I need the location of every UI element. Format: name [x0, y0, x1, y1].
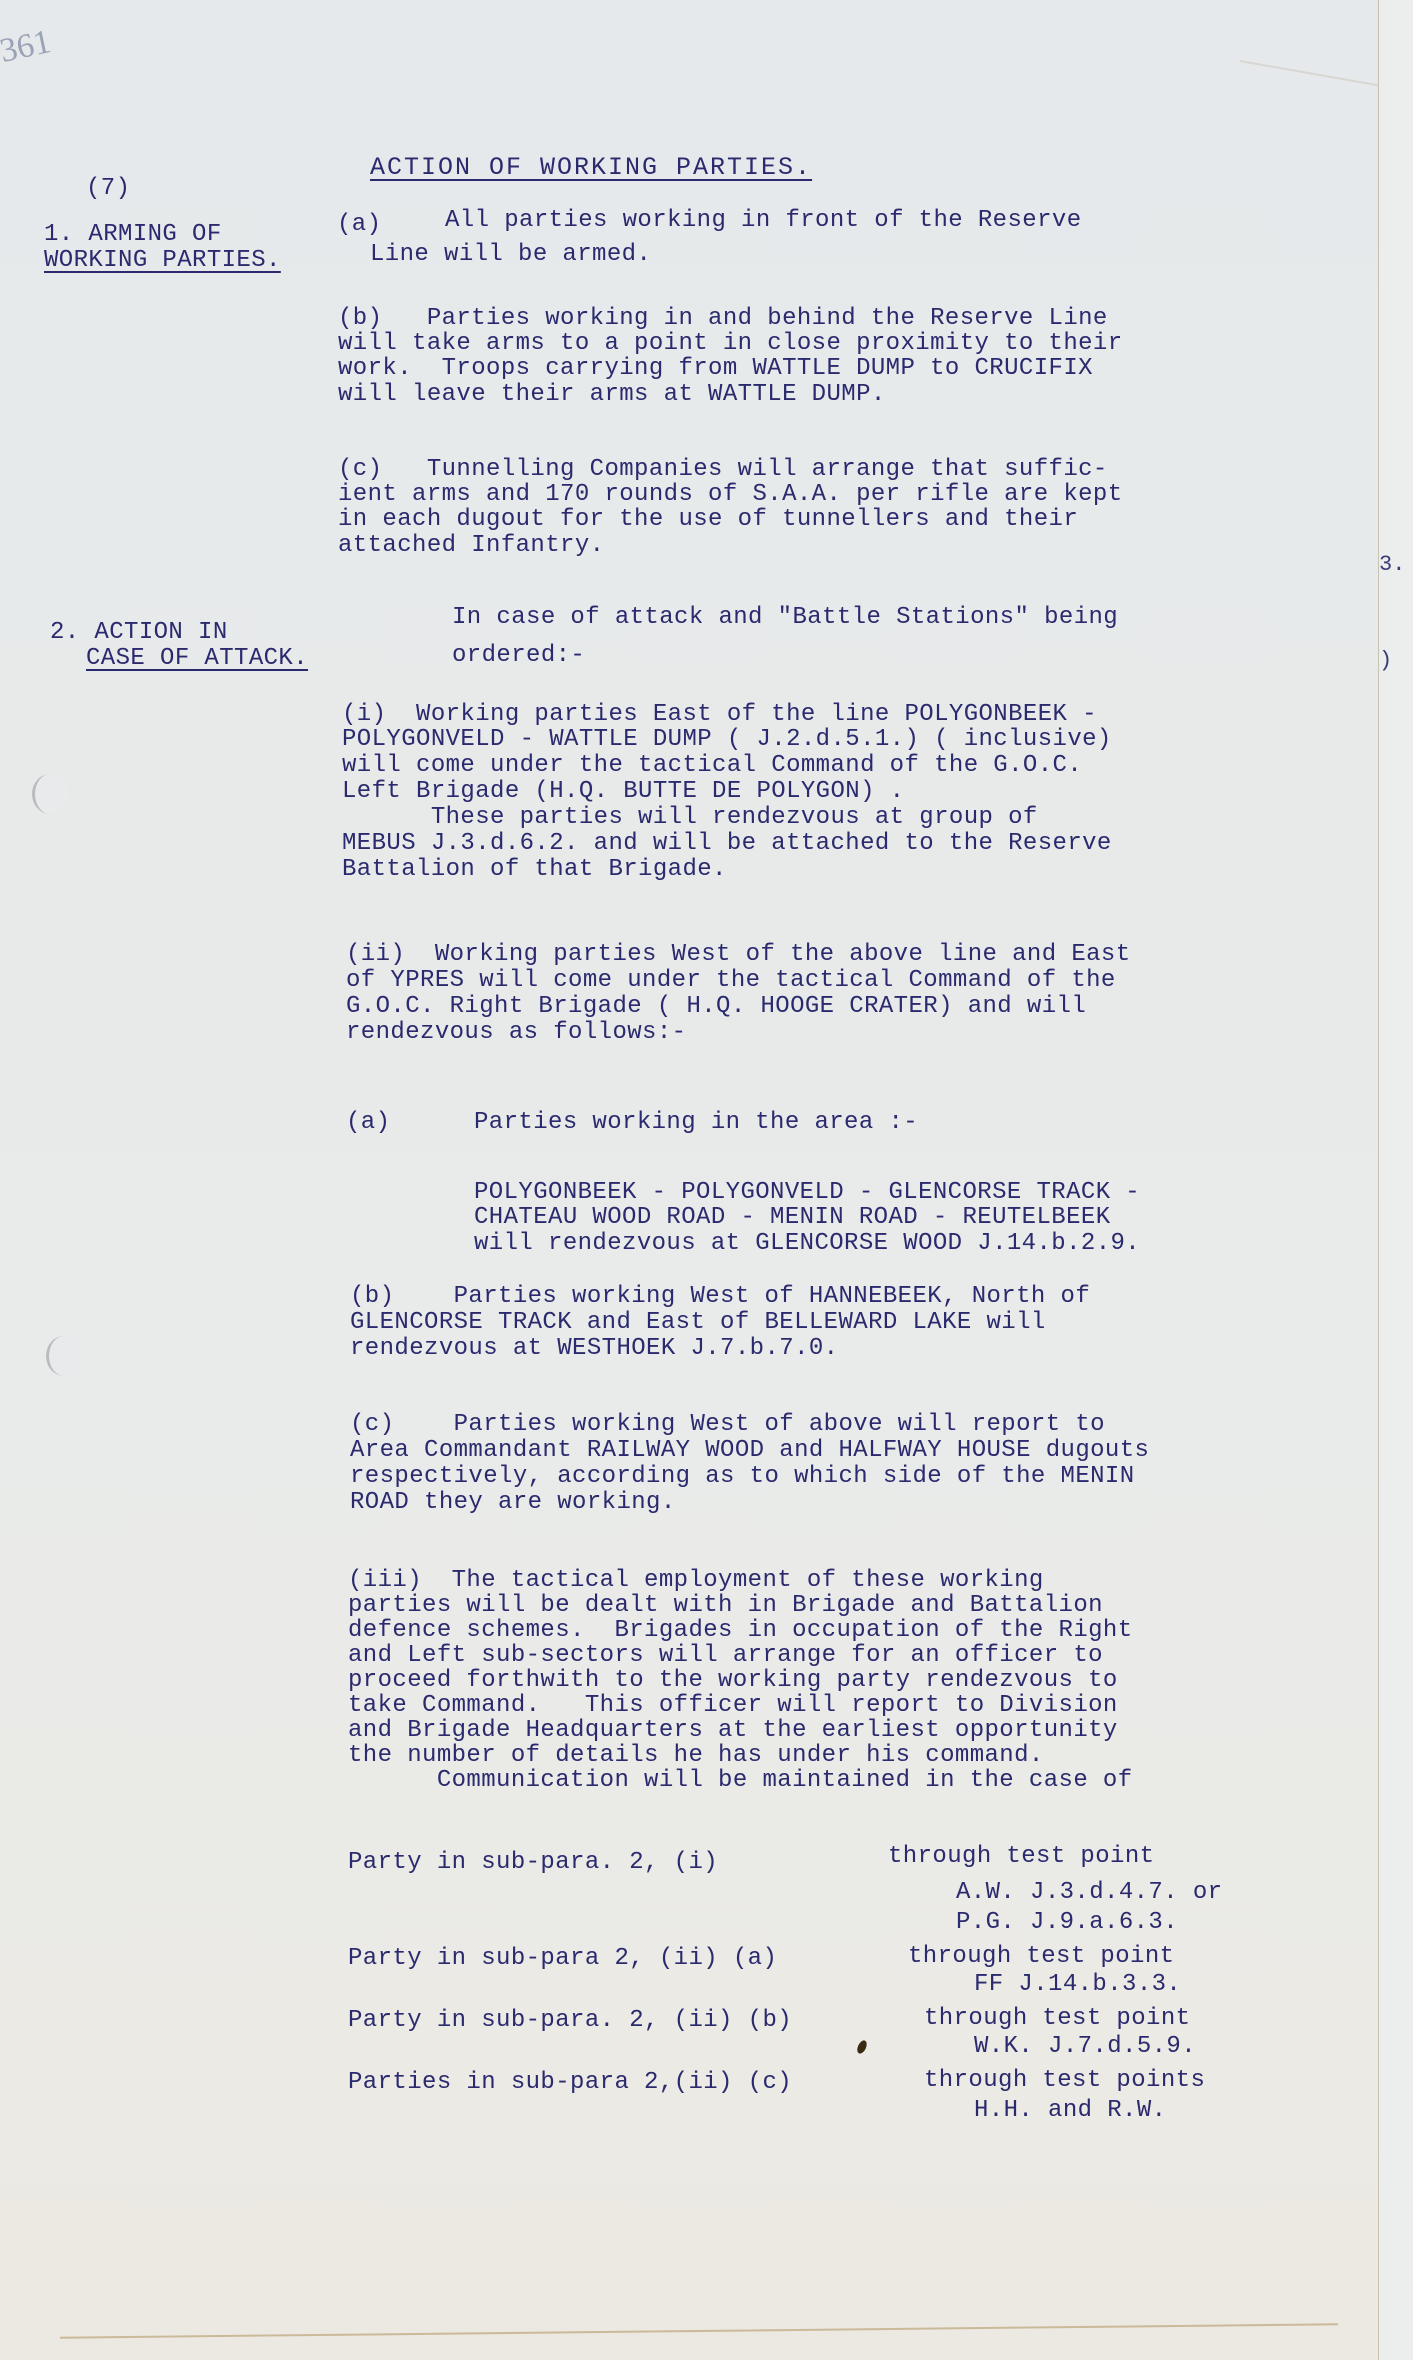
comm-party: Party in sub-para 2, (ii) (a): [348, 1946, 777, 1972]
comm-party: Parties in sub-para 2,(ii) (c): [348, 2070, 792, 2096]
para-line: Communication will be maintained in the …: [348, 1768, 1133, 1794]
para-line: attached Infantry.: [338, 533, 604, 559]
comm-party: Party in sub-para. 2, (i): [348, 1850, 718, 1876]
sub-para-ii-a-label: (a): [346, 1110, 390, 1136]
section-2-intro: In case of attack and "Battle Stations" …: [452, 605, 1118, 631]
para-line: will leave their arms at WATTLE DUMP.: [338, 382, 886, 408]
para-line: work. Troops carrying from WATTLE DUMP t…: [338, 356, 1093, 382]
para-line: ient arms and 170 rounds of S.A.A. per r…: [338, 482, 1123, 508]
comm-party: Party in sub-para. 2, (ii) (b): [348, 2008, 792, 2034]
para-line: parties will be dealt with in Brigade an…: [348, 1593, 1103, 1619]
para-line: the number of details he has under his c…: [348, 1743, 1044, 1769]
edge-mark: ): [1379, 648, 1392, 673]
rust-stain: [60, 2323, 1338, 2338]
para-1a-line: Line will be armed.: [370, 242, 651, 268]
ink-blot: [855, 2039, 868, 2055]
para-line: defence schemes. Brigades in occupation …: [348, 1618, 1133, 1644]
archive-number: 361: [0, 23, 54, 71]
para-line: G.O.C. Right Brigade ( H.Q. HOOGE CRATER…: [346, 994, 1086, 1020]
para-line: (b) Parties working in and behind the Re…: [338, 306, 1108, 332]
section-1-heading: 1. ARMING OF: [44, 222, 222, 248]
para-line: ROAD they are working.: [350, 1490, 676, 1516]
comm-point: FF J.14.b.3.3.: [974, 1972, 1181, 1998]
para-line: (i) Working parties East of the line POL…: [342, 702, 1097, 728]
para-line: (ii) Working parties West of the above l…: [346, 942, 1131, 968]
document-page: 361 (7) ACTION OF WORKING PARTIES. 1. AR…: [0, 0, 1378, 2360]
para-line: (c) Parties working West of above will r…: [350, 1412, 1105, 1438]
para-line: Battalion of that Brigade.: [342, 857, 727, 883]
para-line: will come under the tactical Command of …: [342, 753, 1082, 779]
comm-via: through test point: [908, 1944, 1174, 1970]
comm-via: through test points: [924, 2068, 1205, 2094]
para-line: rendezvous at WESTHOEK J.7.b.7.0.: [350, 1336, 838, 1362]
para-line: proceed forthwith to the working party r…: [348, 1668, 1118, 1694]
section-2-intro: ordered:-: [452, 643, 585, 669]
document-title: ACTION OF WORKING PARTIES.: [370, 155, 812, 181]
sub-para-ii-a-intro: Parties working in the area :-: [474, 1110, 918, 1136]
para-line: Left Brigade (H.Q. BUTTE DE POLYGON) .: [342, 779, 905, 805]
para-line: will rendezvous at GLENCORSE WOOD J.14.b…: [474, 1231, 1140, 1257]
comm-via: through test point: [924, 2006, 1190, 2032]
para-line: and Left sub-sectors will arrange for an…: [348, 1643, 1103, 1669]
para-line: respectively, according as to which side…: [350, 1464, 1135, 1490]
comm-point: A.W. J.3.d.4.7. or: [956, 1880, 1222, 1906]
para-line: take Command. This officer will report t…: [348, 1693, 1118, 1719]
next-page-edge: 3. ): [1378, 0, 1413, 2360]
para-line: will take arms to a point in close proxi…: [338, 331, 1123, 357]
para-1a-label: (a): [337, 212, 381, 238]
page-marker: (7): [86, 176, 130, 202]
para-line: MEBUS J.3.d.6.2. and will be attached to…: [342, 831, 1112, 857]
para-line: rendezvous as follows:-: [346, 1020, 686, 1046]
para-line: (c) Tunnelling Companies will arrange th…: [338, 457, 1108, 483]
comm-via: through test point: [888, 1844, 1154, 1870]
para-line: (iii) The tactical employment of these w…: [348, 1568, 1044, 1594]
section-2-heading-line2: CASE OF ATTACK.: [86, 646, 308, 672]
edge-mark: 3.: [1379, 552, 1405, 577]
para-line: and Brigade Headquarters at the earliest…: [348, 1718, 1118, 1744]
para-line: POLYGONVELD - WATTLE DUMP ( J.2.d.5.1.) …: [342, 727, 1112, 753]
para-line: (b) Parties working West of HANNEBEEK, N…: [350, 1284, 1090, 1310]
section-2-heading: 2. ACTION IN: [50, 620, 228, 646]
para-1a-line: All parties working in front of the Rese…: [445, 208, 1082, 234]
punch-hole-icon: [32, 774, 68, 814]
para-line: of YPRES will come under the tactical Co…: [346, 968, 1116, 994]
comm-point: W.K. J.7.d.5.9.: [974, 2034, 1196, 2060]
comm-point: H.H. and R.W.: [974, 2098, 1166, 2124]
para-line: CHATEAU WOOD ROAD - MENIN ROAD - REUTELB…: [474, 1205, 1111, 1231]
para-line: in each dugout for the use of tunnellers…: [338, 507, 1078, 533]
para-line: Area Commandant RAILWAY WOOD and HALFWAY…: [350, 1438, 1149, 1464]
punch-hole-icon: [46, 1336, 82, 1376]
section-1-heading-line2: WORKING PARTIES.: [44, 248, 281, 274]
para-line: POLYGONBEEK - POLYGONVELD - GLENCORSE TR…: [474, 1180, 1140, 1206]
para-line: These parties will rendezvous at group o…: [342, 805, 1038, 831]
comm-point: P.G. J.9.a.6.3.: [956, 1910, 1178, 1936]
para-line: GLENCORSE TRACK and East of BELLEWARD LA…: [350, 1310, 1046, 1336]
folded-corner: [1240, 0, 1380, 87]
